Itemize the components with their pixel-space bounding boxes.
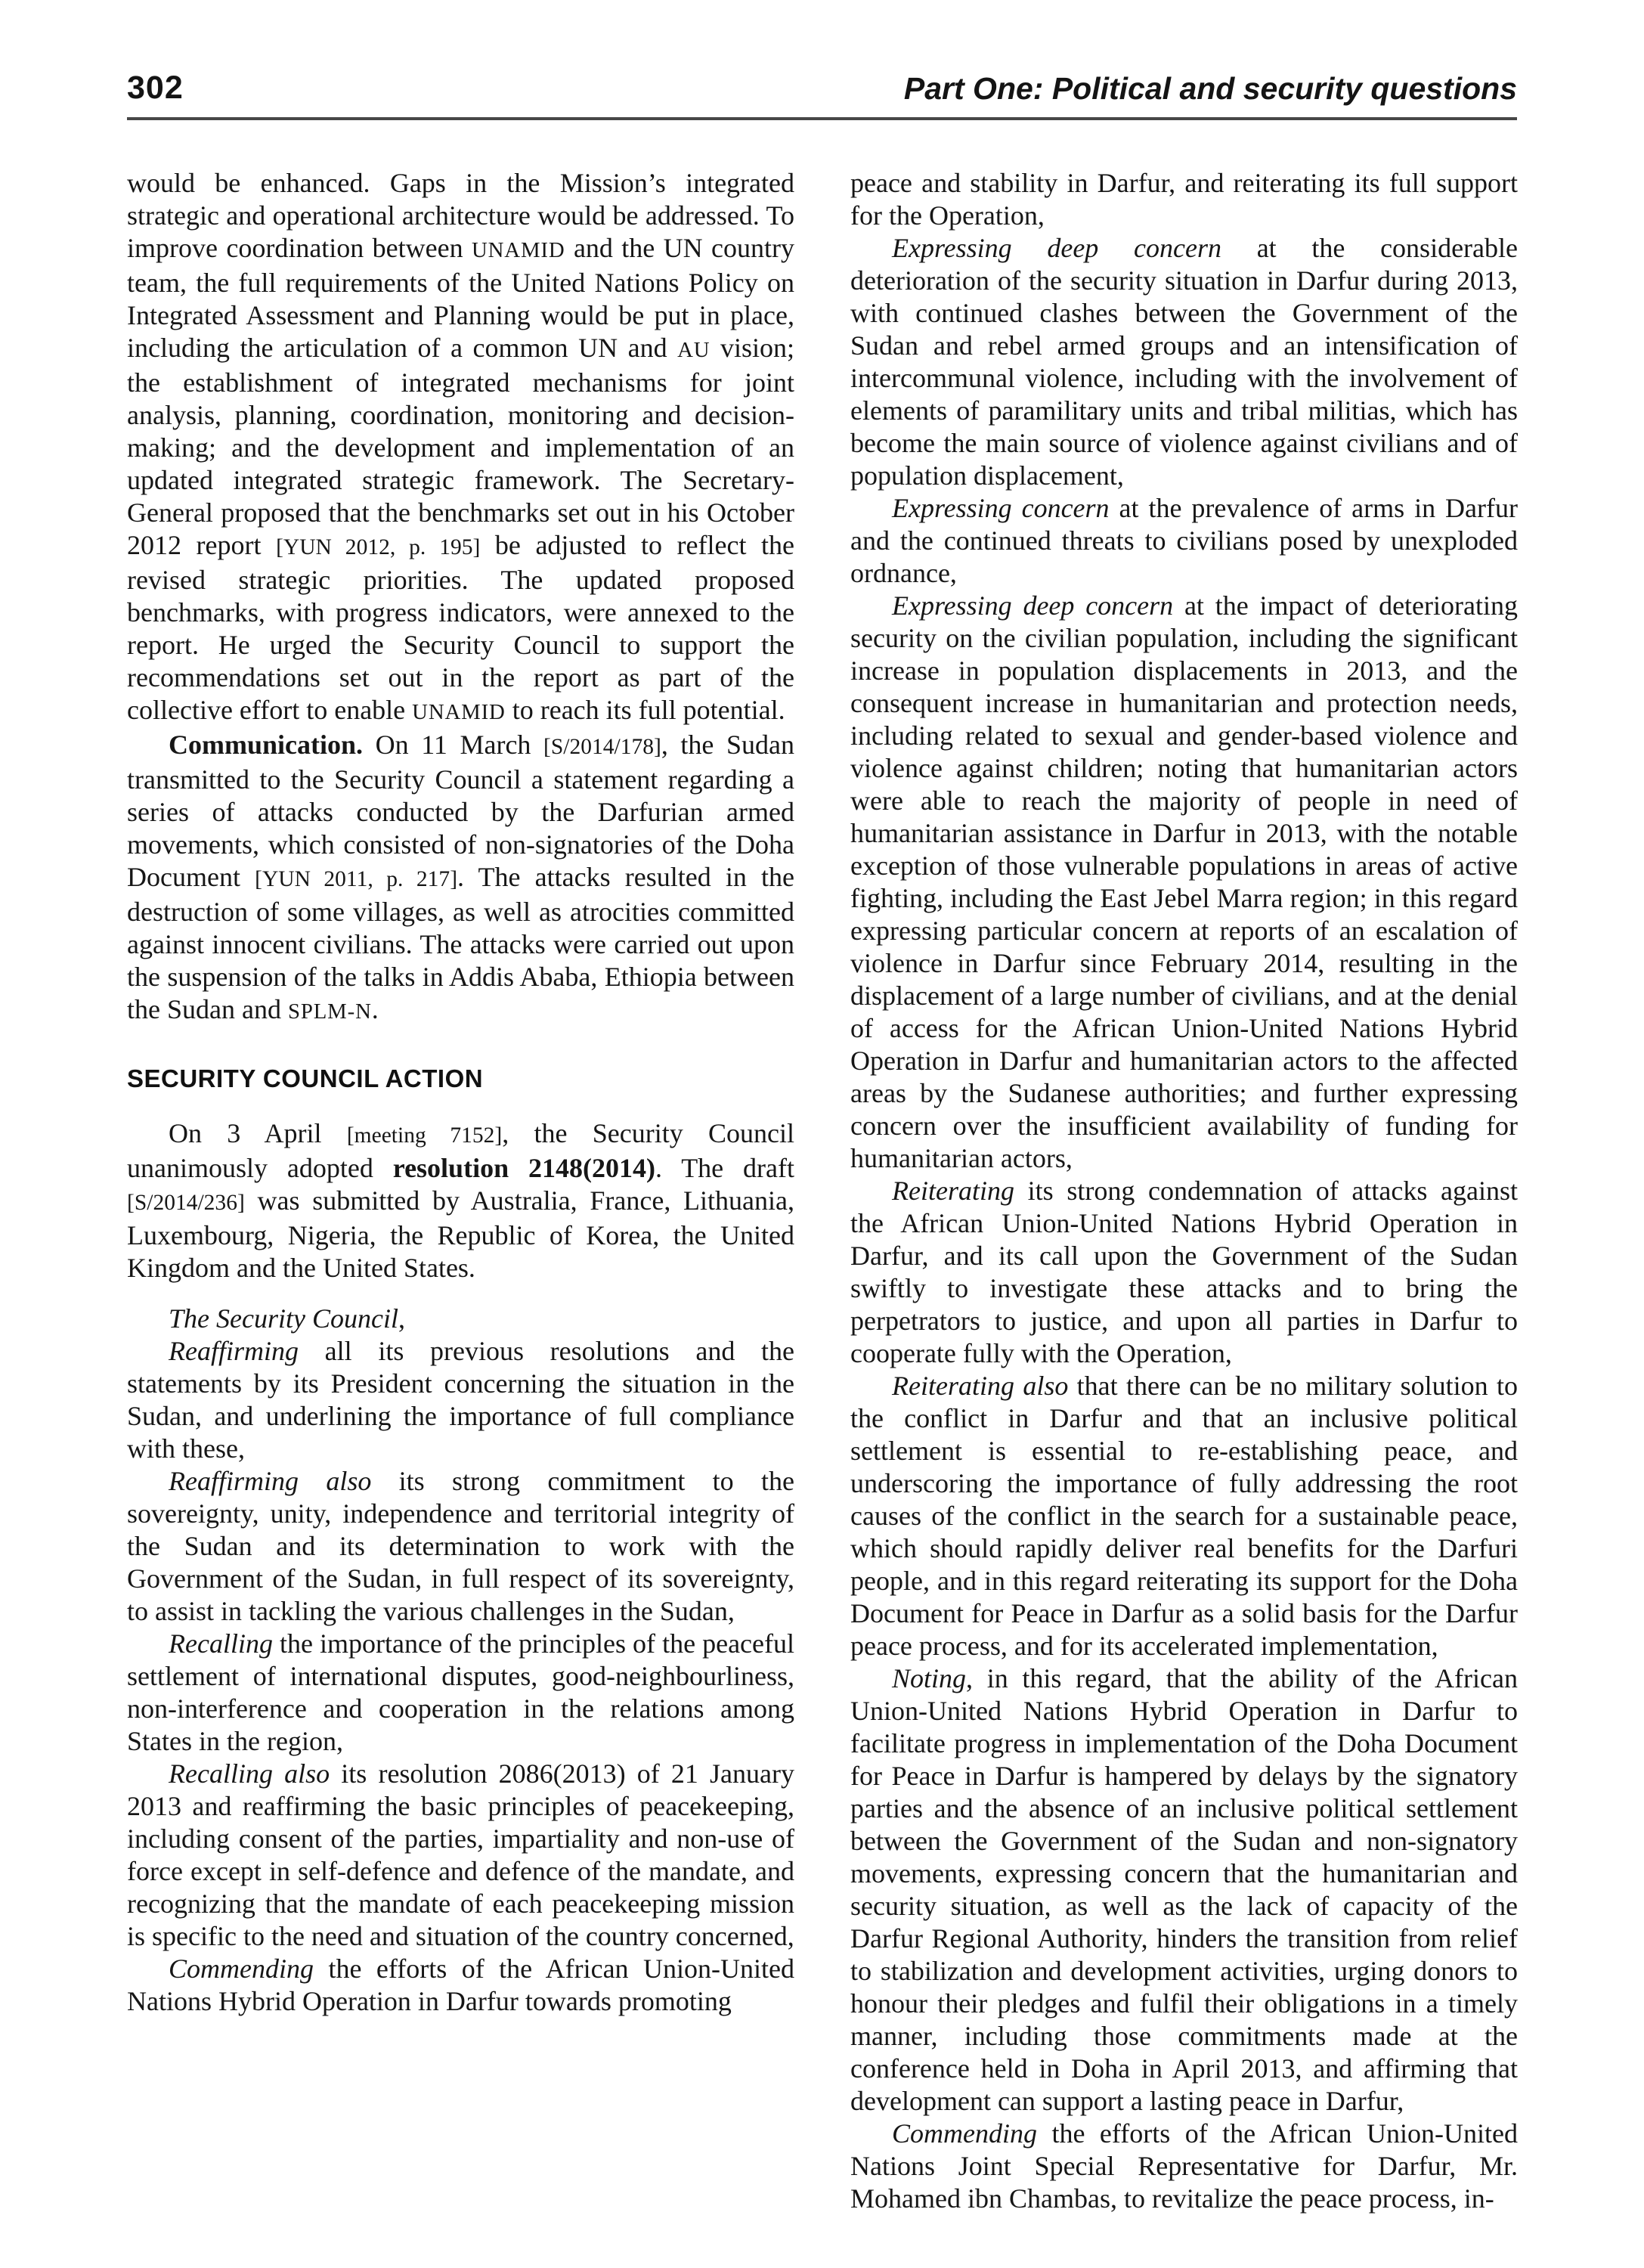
column-left: would be enhanced. Gaps in the Mission’s… xyxy=(127,167,794,2215)
text-segment: Commending xyxy=(892,2118,1037,2149)
text-segment: On 3 April xyxy=(169,1118,347,1148)
page-header: 302 Part One: Political and security que… xyxy=(127,70,1517,107)
text-segment: Expressing concern xyxy=(892,493,1110,523)
text-segment: Reaffirming also xyxy=(169,1466,371,1496)
text-segment: Recalling also xyxy=(169,1758,330,1789)
text-segment: On 11 March xyxy=(363,730,543,760)
text-segment: , xyxy=(398,1303,405,1334)
text-segment: Recalling xyxy=(169,1628,273,1659)
text-segment: Commending xyxy=(169,1954,314,1984)
section-heading: SECURITY COUNCIL ACTION xyxy=(127,1064,794,1093)
text-segment: The Security Council xyxy=(169,1303,398,1334)
text-segment: Reaffirming xyxy=(169,1336,299,1366)
text-segment: Reiterating also xyxy=(892,1371,1068,1401)
paragraph: Reaffirming all its previous resolutions… xyxy=(127,1335,794,1465)
text-segment: Reiterating xyxy=(892,1176,1014,1206)
text-segment: [YUN 2011, p. 217] xyxy=(255,867,457,891)
paragraph: Reiterating also that there can be no mi… xyxy=(850,1370,1518,1662)
text-segment: to reach its full potential. xyxy=(506,695,785,725)
page-number: 302 xyxy=(127,70,184,107)
paragraph: Noting, in this regard, that the ability… xyxy=(850,1662,1518,2118)
paragraph: On 3 April [meeting 7152], the Security … xyxy=(127,1117,794,1284)
paragraph: peace and stability in Darfur, and reite… xyxy=(850,167,1518,232)
text-segment: [S/2014/236] xyxy=(127,1191,245,1215)
header-rule xyxy=(127,117,1517,120)
paragraph: Expressing deep concern at the impact of… xyxy=(850,590,1518,1175)
paragraph: Reaffirming also its strong commitment t… xyxy=(127,1465,794,1628)
text-segment: Expressing deep concern xyxy=(892,590,1173,621)
text-segment: resolution 2148(2014) xyxy=(393,1153,655,1183)
text-segment: UNAMID xyxy=(412,700,506,724)
running-header-title: Part One: Political and security questio… xyxy=(904,71,1517,107)
text-segment: vision; the establishment of integrated … xyxy=(127,333,794,560)
text-segment: . xyxy=(372,994,379,1024)
text-segment: . The draft xyxy=(655,1153,794,1183)
text-segment: [meeting 7152] xyxy=(347,1123,502,1148)
paragraph: Recalling the importance of the principl… xyxy=(127,1628,794,1758)
text-segment: peace and stability in Darfur, and reite… xyxy=(850,168,1518,231)
text-columns: would be enhanced. Gaps in the Mission’s… xyxy=(127,167,1517,2215)
paragraph: Commending the efforts of the African Un… xyxy=(850,2118,1518,2215)
paragraph: Expressing concern at the prevalence of … xyxy=(850,492,1518,590)
text-segment: [YUN 2012, p. 195] xyxy=(276,535,480,559)
text-segment: SECURITY COUNCIL ACTION xyxy=(127,1064,483,1092)
column-right: peace and stability in Darfur, and reite… xyxy=(850,167,1518,2215)
text-segment: , in this regard, that the ability of th… xyxy=(850,1663,1518,2116)
document-page: 302 Part One: Political and security que… xyxy=(0,0,1644,2268)
paragraph: Reiterating its strong condemnation of a… xyxy=(850,1175,1518,1370)
text-segment: UNAMID xyxy=(472,238,565,262)
text-segment: Noting xyxy=(892,1663,966,1693)
paragraph: Commending the efforts of the African Un… xyxy=(127,1953,794,2018)
text-segment: [S/2014/178] xyxy=(543,735,661,759)
paragraph: would be enhanced. Gaps in the Mission’s… xyxy=(127,167,794,729)
paragraph: Expressing deep concern at the considera… xyxy=(850,232,1518,492)
paragraph: Communication. On 11 March [S/2014/178],… xyxy=(127,729,794,1028)
text-segment: at the impact of deteriorating security … xyxy=(850,590,1518,1173)
paragraph: Recalling also its resolution 2086(2013)… xyxy=(127,1758,794,1953)
text-segment: Communication. xyxy=(169,730,363,760)
paragraph: The Security Council, xyxy=(127,1303,794,1335)
text-segment: Expressing deep concern xyxy=(892,233,1221,263)
text-segment: SPLM-N xyxy=(288,999,372,1024)
text-segment: at the considerable deterioration of the… xyxy=(850,233,1518,491)
text-segment: AU xyxy=(677,338,710,362)
text-segment: that there can be no military solution t… xyxy=(850,1371,1518,1661)
